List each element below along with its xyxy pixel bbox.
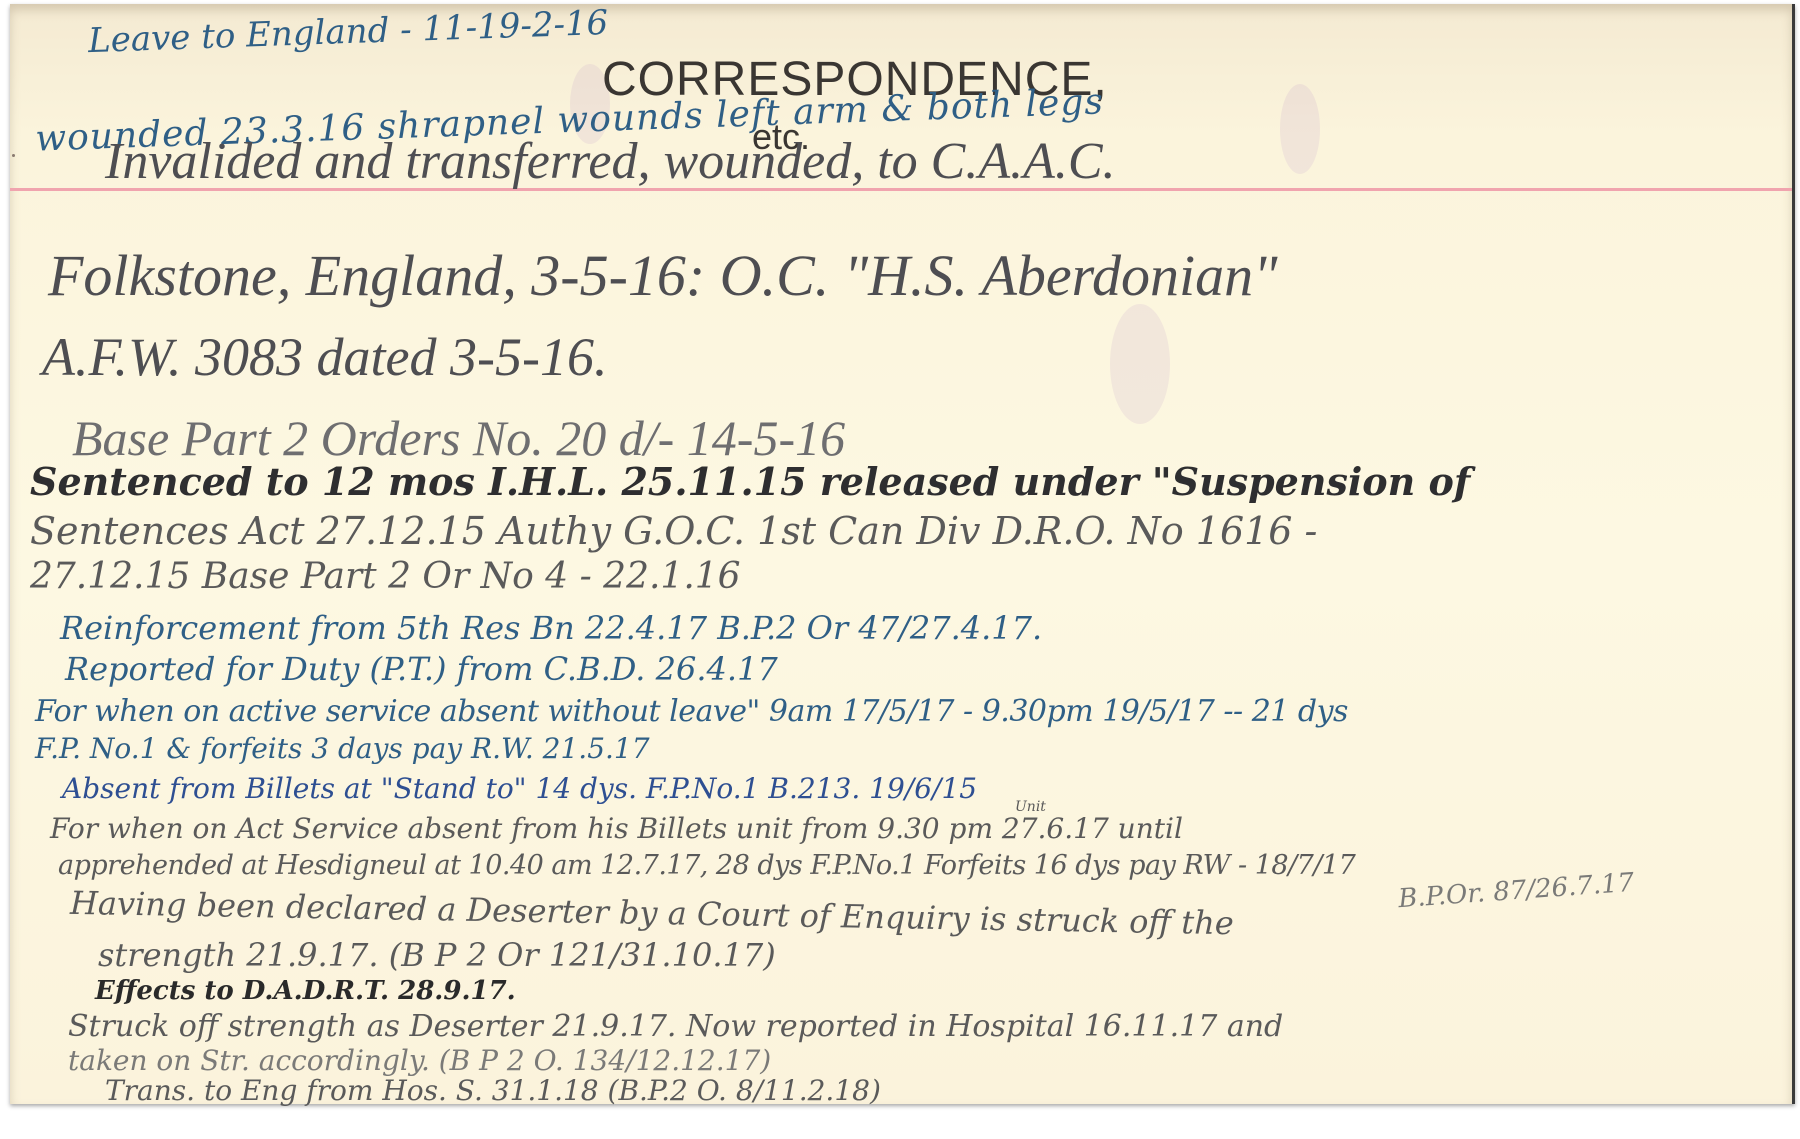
entry-sentenced-line1: Sentenced to 12 mos I.H.L. 25.11.15 rele… — [30, 459, 1470, 504]
entry-awol-line2: F.P. No.1 & forfeits 3 days pay R.W. 21.… — [35, 732, 650, 765]
entry-struck-line2: taken on Str. accordingly. (B P 2 O. 134… — [68, 1044, 771, 1077]
entry-billets: Absent from Billets at "Stand to" 14 dys… — [62, 772, 977, 805]
entry-bp-ref: B.P.Or. 87/26.7.17 — [1397, 868, 1635, 914]
service-record-card: CORRESPONDENCE, etc. Leave to England - … — [10, 4, 1795, 1104]
entry-effects: Effects to D.A.D.R.T. 28.9.17. — [95, 976, 516, 1006]
entry-afw: A.F.W. 3083 dated 3-5-16. — [42, 326, 607, 388]
entry-deserter-line1: Having been declared a Deserter by a Cou… — [70, 884, 1234, 942]
margin-mark — [12, 154, 15, 157]
entry-absent-unit-line1: For when on Act Service absent from his … — [50, 812, 1183, 845]
entry-struck-line1: Struck off strength as Deserter 21.9.17.… — [68, 1009, 1283, 1044]
entry-sentenced-line2: Sentences Act 27.12.15 Authy G.O.C. 1st … — [30, 509, 1317, 553]
ink-smudge — [1280, 84, 1320, 174]
entry-reinforcement: Reinforcement from 5th Res Bn 22.4.17 B.… — [60, 609, 1042, 647]
entry-absent-unit-line2: apprehended at Hesdigneul at 10.40 am 12… — [58, 850, 1355, 881]
entry-reported: Reported for Duty (P.T.) from C.B.D. 26.… — [65, 650, 778, 688]
entry-trans: Trans. to Eng from Hos. S. 31.1.18 (B.P.… — [105, 1074, 881, 1107]
entry-invalided: Invalided and transferred, wounded, to C… — [105, 132, 1116, 191]
entry-sentenced-line3: 27.12.15 Base Part 2 Or No 4 - 22.1.16 — [30, 556, 741, 597]
ink-smudge — [1110, 304, 1170, 424]
entry-awol-line1: For when on active service absent withou… — [35, 694, 1348, 729]
entry-leave: Leave to England - 11-19-2-16 — [87, 3, 608, 61]
entry-deserter-line2: strength 21.9.17. (B P 2 Or 121/31.10.17… — [98, 936, 776, 974]
entry-folkstone: Folkstone, England, 3-5-16: O.C. "H.S. A… — [48, 242, 1278, 309]
